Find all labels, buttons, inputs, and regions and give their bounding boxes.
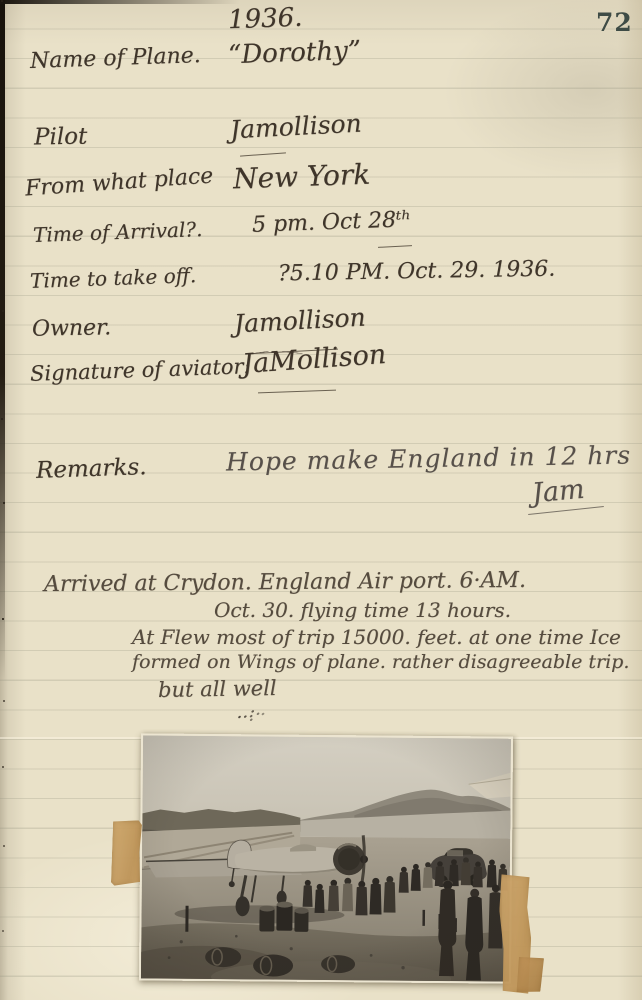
- notes-line: Oct. 30. flying time 13 hours.: [214, 600, 511, 620]
- field-label-pilot: Pilot: [34, 126, 88, 150]
- book-binding-edge: [0, 0, 5, 680]
- field-label-time-of-arrival: Time of Arrival?.: [33, 219, 203, 245]
- field-value-remarks: Hope make England in 12 hrs: [226, 442, 631, 474]
- page-number: 72: [596, 8, 633, 37]
- aviator-signature-underline: [258, 390, 336, 394]
- field-label-owner: Owner.: [32, 317, 112, 340]
- airfield-photo-scene: [141, 735, 511, 981]
- deckle-specks: [1, 0, 3, 2]
- page-top-edge: [0, 0, 240, 4]
- notes-line: formed on Wings of plane. rather disagre…: [132, 653, 629, 672]
- field-value-name-of-plane: “Dorothy”: [228, 38, 362, 69]
- pilot-signature-underline: [240, 152, 286, 156]
- logbook-page: 1936. 72 Name of Plane. “Dorothy” Pilot …: [0, 0, 642, 1000]
- field-label-signature-of-aviator: Signature of aviator:: [30, 356, 251, 385]
- ink-smudge: [238, 715, 242, 718]
- field-label-from-what-place: From what place: [24, 165, 213, 200]
- field-value-time-of-arrival: 5 pm. Oct 28ᵗʰ: [252, 209, 412, 237]
- field-value-owner: Jamollison: [233, 305, 366, 337]
- field-value-from-what-place: New York: [233, 161, 371, 194]
- notes-line: Arrived at Crydon. England Air port. 6·A…: [44, 570, 526, 596]
- field-label-remarks: Remarks.: [36, 456, 147, 483]
- airfield-photograph: [139, 733, 513, 983]
- field-value-signature-of-aviator: JaMollison: [241, 341, 387, 378]
- tape-piece-left: [111, 820, 142, 887]
- photo-vignette: [141, 735, 511, 981]
- notes-line: but all well: [158, 678, 277, 701]
- field-value-time-to-take-off: ?5.10 PM. Oct. 29. 1936.: [278, 259, 556, 286]
- arrival-date-underline: [378, 245, 412, 248]
- field-label-time-to-take-off: Time to take off.: [30, 265, 197, 291]
- year-heading: 1936.: [228, 5, 303, 34]
- remarks-signature: Jam: [531, 476, 586, 507]
- notes-line: At Flew most of trip 15000. feet. at one…: [132, 627, 621, 647]
- field-label-name-of-plane: Name of Plane.: [30, 45, 201, 73]
- field-value-pilot: Jamollison: [229, 111, 362, 143]
